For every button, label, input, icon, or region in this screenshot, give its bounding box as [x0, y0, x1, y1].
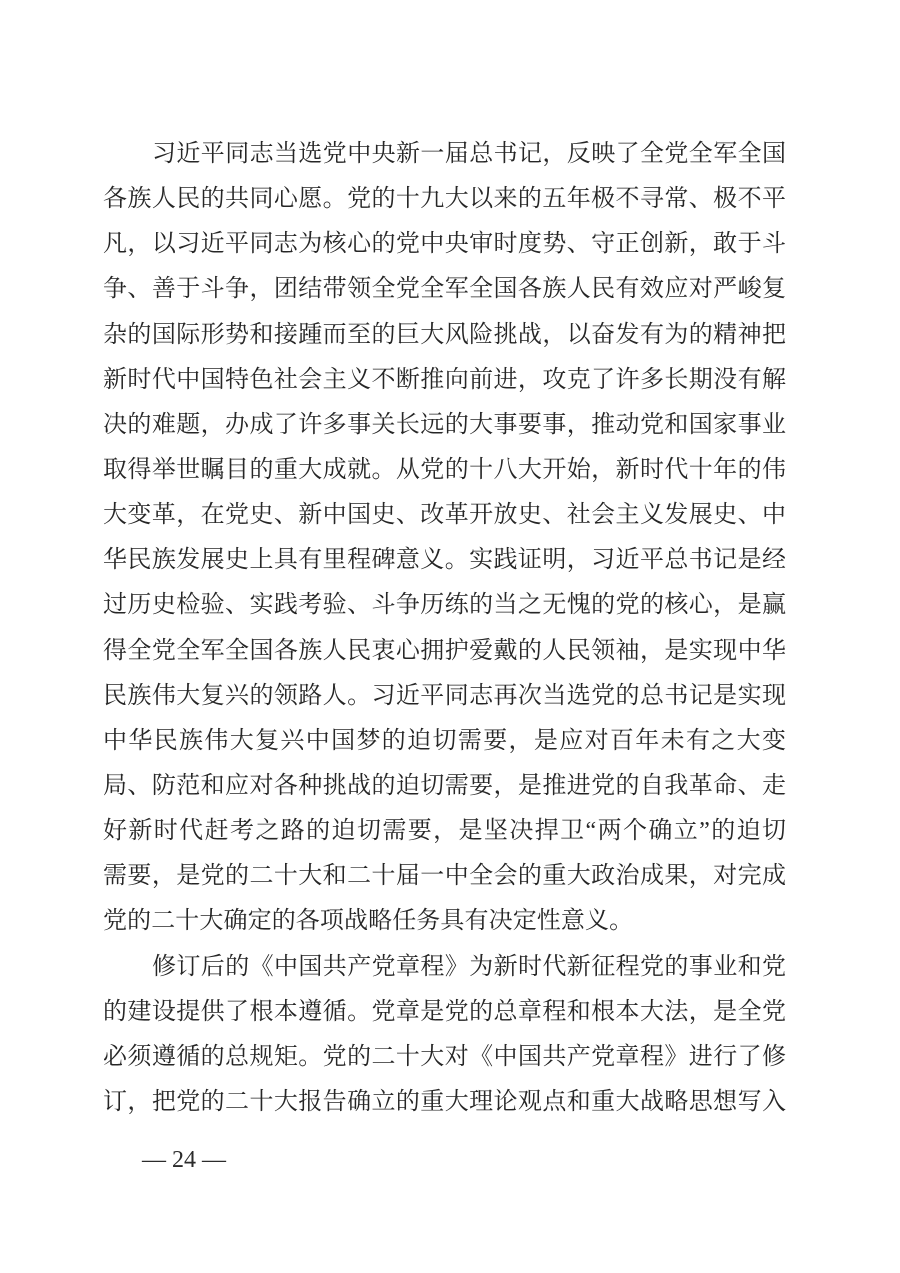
text-line: 民族伟大复兴的领路人。习近平同志再次当选党的总书记是实现	[103, 674, 786, 719]
text-line: 党的二十大确定的各项战略任务具有决定性意义。	[103, 899, 786, 944]
text-line: 杂的国际形势和接踵而至的巨大风险挑战，以奋发有为的精神把	[103, 313, 786, 358]
text-line: 的建设提供了根本遵循。党章是党的总章程和根本大法，是全党	[103, 990, 786, 1035]
text-line: 凡，以习近平同志为核心的党中央审时度势、守正创新，敢于斗	[103, 222, 786, 267]
text-line: 新时代中国特色社会主义不断推向前进，攻克了许多长期没有解	[103, 358, 786, 403]
text-line: 订，把党的二十大报告确立的重大理论观点和重大战略思想写入	[103, 1080, 786, 1125]
text-line: 各族人民的共同心愿。党的十九大以来的五年极不寻常、极不平	[103, 177, 786, 222]
text-line: 局、防范和应对各种挑战的迫切需要，是推进党的自我革命、走	[103, 764, 786, 809]
text-line: 必须遵循的总规矩。党的二十大对《中国共产党章程》进行了修	[103, 1035, 786, 1080]
text-line: 过历史检验、实践考验、斗争历练的当之无愧的党的核心，是赢	[103, 583, 786, 628]
page-footer: — 24 —	[142, 1147, 226, 1174]
text-line: 修订后的《中国共产党章程》为新时代新征程党的事业和党	[103, 945, 786, 990]
document-page: 习近平同志当选党中央新一届总书记，反映了全党全军全国各族人民的共同心愿。党的十九…	[0, 0, 900, 1273]
text-line: 决的难题，办成了许多事关长远的大事要事，推动党和国家事业	[103, 403, 786, 448]
text-line: 好新时代赶考之路的迫切需要，是坚决捍卫“两个确立”的迫切	[103, 809, 786, 854]
document-body: 习近平同志当选党中央新一届总书记，反映了全党全军全国各族人民的共同心愿。党的十九…	[103, 132, 786, 1125]
text-line: 中华民族伟大复兴中国梦的迫切需要，是应对百年未有之大变	[103, 719, 786, 764]
text-line: 习近平同志当选党中央新一届总书记，反映了全党全军全国	[103, 132, 786, 177]
text-line: 大变革，在党史、新中国史、改革开放史、社会主义发展史、中	[103, 493, 786, 538]
text-line: 取得举世瞩目的重大成就。从党的十八大开始，新时代十年的伟	[103, 448, 786, 493]
text-line: 华民族发展史上具有里程碑意义。实践证明，习近平总书记是经	[103, 538, 786, 583]
text-line: 得全党全军全国各族人民衷心拥护爱戴的人民领袖，是实现中华	[103, 629, 786, 674]
page-number-label: — 24 —	[142, 1147, 226, 1173]
text-line: 争、善于斗争，团结带领全党全军全国各族人民有效应对严峻复	[103, 267, 786, 312]
text-line: 需要，是党的二十大和二十届一中全会的重大政治成果，对完成	[103, 854, 786, 899]
